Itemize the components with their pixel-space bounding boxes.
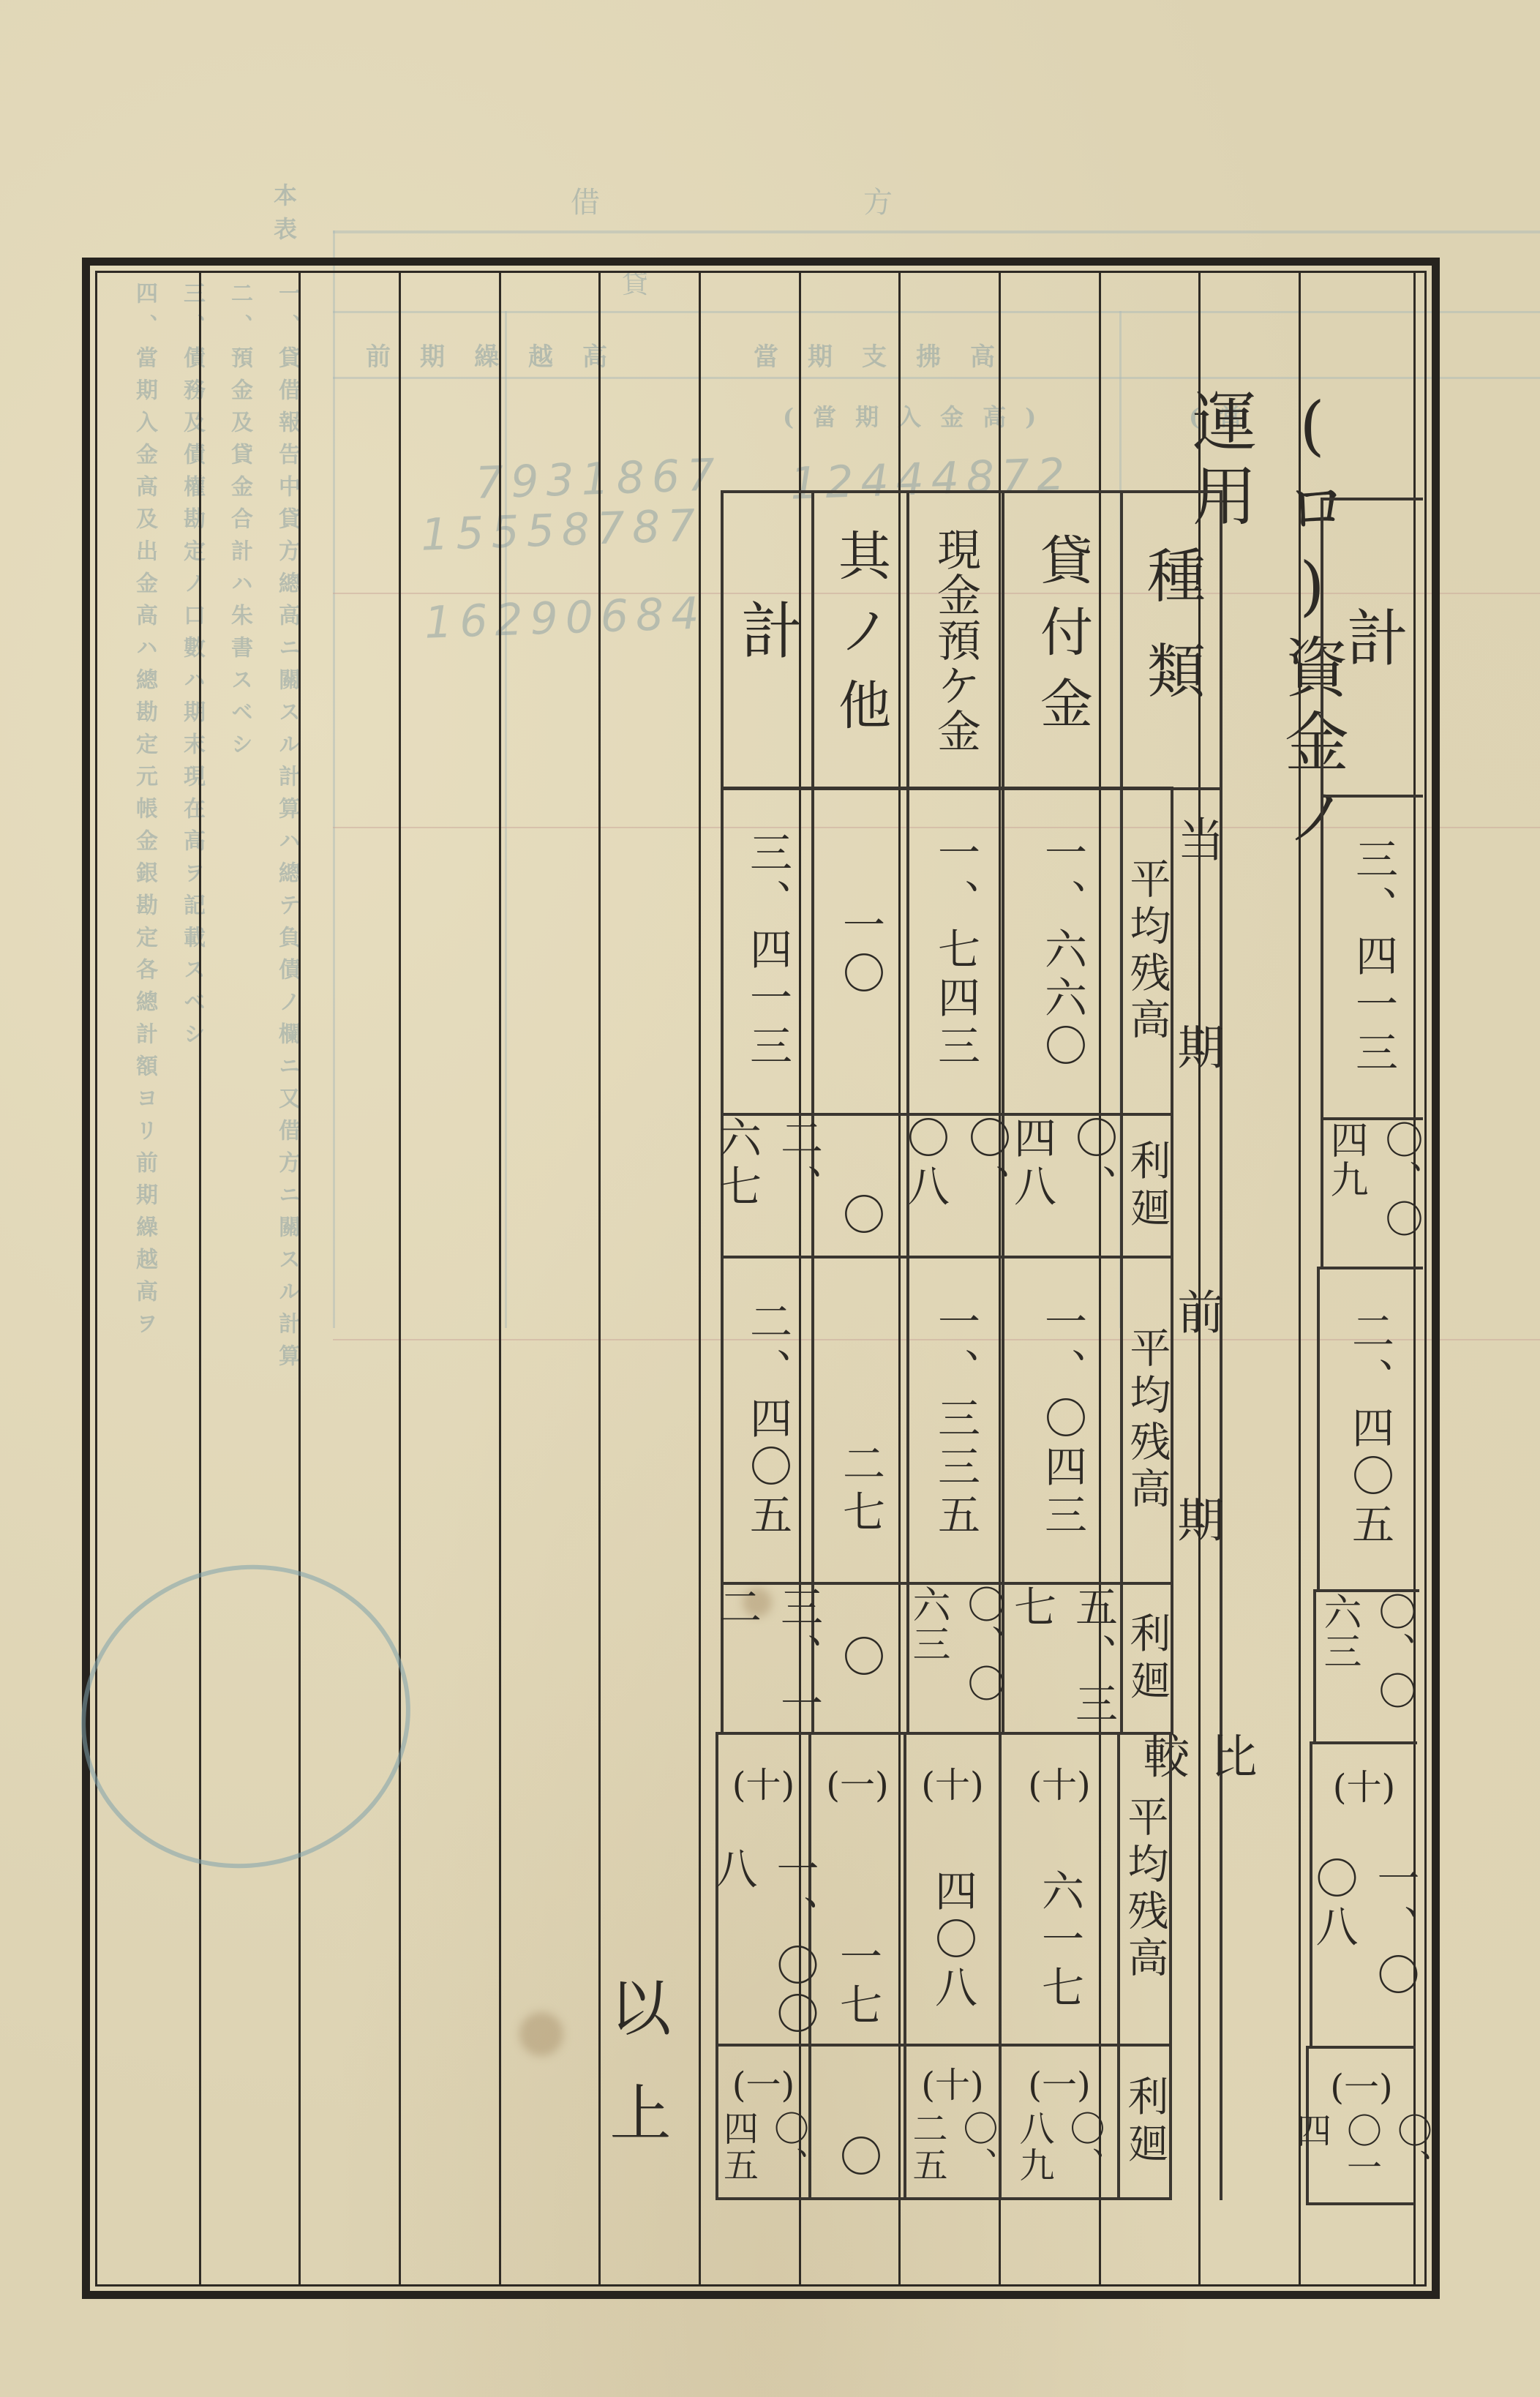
- period-label-current: 当期: [1171, 787, 1222, 1258]
- table-cell: 三、四一三: [721, 787, 814, 1116]
- value: 二、四〇五: [737, 1299, 798, 1541]
- table-cell: 二七: [811, 1256, 909, 1585]
- table-cell: 三、一二: [721, 1582, 814, 1735]
- value: 一、三三五: [925, 1299, 986, 1541]
- metric-label: 利廻: [1118, 1139, 1176, 1233]
- sign-indicator: (十): [732, 1757, 795, 1807]
- header-loans: 貸付金: [1002, 490, 1123, 790]
- metric-yield: 利廻: [1120, 1582, 1173, 1735]
- bleed-note-header: 本表: [267, 183, 301, 250]
- table-cell: 二、四〇五: [721, 1256, 814, 1585]
- value: 四〇八: [922, 1869, 983, 2014]
- table-cell: (十) 〇、二五: [904, 2044, 1002, 2200]
- sign-indicator: (十): [1333, 1759, 1395, 1809]
- table-cell: 一、三三五: [906, 1256, 1004, 1585]
- header-other: 其ノ他: [811, 490, 909, 790]
- metric-label: 平均残高: [1118, 1327, 1176, 1514]
- total-value: 〇、〇四九: [1318, 1120, 1428, 1267]
- total-cell: 二、四〇五: [1317, 1267, 1419, 1592]
- value: 一、〇四三: [1032, 1299, 1093, 1541]
- column-header-loans: 貸付金: [1024, 533, 1100, 748]
- table-cell: 〇、〇八: [906, 1113, 1004, 1258]
- metric-label: 利廻: [1118, 1612, 1176, 1706]
- ruled-line: [399, 272, 401, 2284]
- ruled-line: [499, 272, 501, 2284]
- metric-yield: 利廻: [1120, 1113, 1173, 1258]
- table-cell: 二、六七: [721, 1113, 814, 1258]
- table-cell: 〇: [808, 2044, 906, 2200]
- value: 〇、四八: [1001, 1116, 1124, 1256]
- table-cell: 〇、〇六三: [906, 1582, 1004, 1735]
- value: 〇: [830, 1193, 891, 1241]
- ruled-line: [298, 272, 301, 2284]
- total-cell: (十) 一、〇〇八: [1310, 1741, 1416, 2049]
- value: 五、三七: [1001, 1585, 1124, 1732]
- period-label-comparison: 比較: [1169, 1732, 1222, 2200]
- paper-stain: [519, 2012, 563, 2056]
- bleed-label-side: 方: [863, 179, 893, 221]
- table-cell: 〇、四八: [1002, 1113, 1123, 1258]
- total-value: 〇、〇一四: [1286, 2112, 1438, 2202]
- value: 三、一二: [706, 1585, 829, 1732]
- sign-indicator: (一): [732, 2057, 795, 2107]
- value: 一、〇〇八: [702, 1847, 825, 2044]
- total-value: 二、四〇五: [1339, 1309, 1400, 1550]
- table-cell: 一、六六〇: [1002, 787, 1123, 1116]
- value: 〇、〇六三: [901, 1585, 1010, 1732]
- table-cell: 一、〇四三: [1002, 1256, 1123, 1585]
- sign-indicator: (十): [921, 1757, 983, 1807]
- value: 一七: [827, 1935, 888, 2031]
- metric-label: 平均残高: [1118, 858, 1176, 1045]
- metric-avg-balance: 平均残高: [1117, 1732, 1172, 2047]
- value: 〇: [827, 2134, 888, 2183]
- period-label-previous: 前期: [1171, 1256, 1222, 1735]
- ruled-line: [199, 272, 201, 2284]
- table-cell: (十) 一、〇〇八: [715, 1732, 811, 2047]
- column-header-total: 計: [724, 599, 812, 682]
- value: 三、四一三: [737, 830, 798, 1072]
- metric-avg-balance: 平均残高: [1120, 1256, 1173, 1585]
- table-cell: (十) 六一七: [999, 1732, 1120, 2047]
- column-header-cash-deposits: 現金預ケ金: [924, 527, 987, 754]
- value: 〇、二五: [902, 2110, 1003, 2197]
- total-column-label: 計: [1329, 606, 1418, 689]
- table-cell: 一、七四三: [906, 787, 1004, 1116]
- total-cell: 〇、〇六三: [1313, 1589, 1417, 1744]
- value: 一、七四三: [925, 830, 986, 1072]
- table-cell: (十) 四〇八: [904, 1732, 1002, 2047]
- table-cell: 五、三七: [1002, 1582, 1123, 1735]
- table-cell: (一) 〇、八九: [999, 2044, 1120, 2200]
- value: 六一七: [1029, 1869, 1090, 2014]
- total-cell: 三、四一三: [1321, 795, 1423, 1120]
- metric-label: 平均残高: [1116, 1796, 1174, 1983]
- metric-avg-balance: 平均残高: [1120, 787, 1173, 1116]
- total-value: 一、〇〇八: [1303, 1856, 1426, 2046]
- value: 二七: [830, 1441, 891, 1538]
- header-type: 種類: [1120, 490, 1222, 790]
- sign-indicator: (一): [1330, 2059, 1392, 2109]
- sign-indicator: (一): [1028, 2057, 1090, 2107]
- value: 一、六六〇: [1032, 830, 1093, 1072]
- ruled-line: [699, 272, 701, 2284]
- bleed-rule: [333, 230, 1540, 233]
- value: 〇、〇八: [894, 1116, 1017, 1256]
- total-value: 三、四一三: [1342, 837, 1404, 1079]
- total-cell: (一) 〇、〇一四: [1306, 2046, 1414, 2205]
- header-cash-deposits: 現金預ケ金: [906, 490, 1004, 790]
- column-header-type: 種類: [1130, 545, 1214, 735]
- column-header-other: 其ノ他: [822, 528, 898, 752]
- header-total: 計: [721, 490, 814, 790]
- metric-yield: 利廻: [1117, 2044, 1172, 2200]
- closing-mark: 以上: [593, 1976, 680, 2210]
- section-title: (ロ)資金ノ運用: [1225, 388, 1306, 900]
- sign-indicator: (十): [921, 2057, 983, 2107]
- sign-indicator: (十): [1028, 1757, 1090, 1807]
- metric-label: 利廻: [1116, 2075, 1174, 2169]
- value: 二、六七: [706, 1116, 829, 1256]
- sign-indicator: (一): [826, 1757, 888, 1807]
- table-cell: (一) 〇、四五: [715, 2044, 811, 2200]
- value: 〇: [830, 1635, 891, 1683]
- bleed-label-debit: 借: [571, 179, 600, 221]
- value: 〇、四五: [713, 2110, 814, 2197]
- total-cell: 〇、〇四九: [1321, 1117, 1423, 1269]
- total-value: 〇、〇六三: [1312, 1592, 1421, 1741]
- value: 〇、八九: [1009, 2110, 1110, 2197]
- table-cell: 一〇: [811, 787, 909, 1116]
- value: 一〇: [830, 903, 891, 999]
- total-column-header: 計: [1321, 498, 1423, 798]
